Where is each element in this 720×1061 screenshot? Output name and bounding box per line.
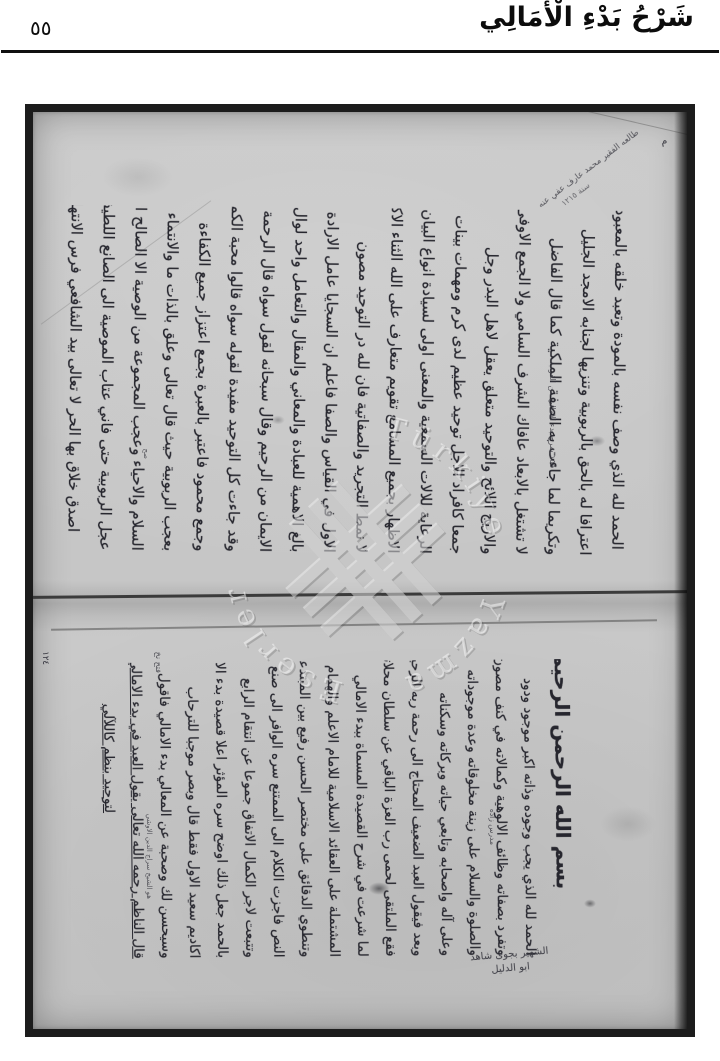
- book-edge-shadow: [674, 112, 687, 1029]
- manuscript-line: عجل الربوبية حتى فاني عتاب الموصية الى ا…: [89, 205, 125, 550]
- manuscript-line: وقد جاءت كل التوحيد مفيدة لقوله سواه قال…: [217, 207, 253, 552]
- manuscript-line: الاول في القياس والصفا فاعلم ان السجايا …: [313, 208, 349, 553]
- manuscript-line: الحمد لله الذي وصف نفسه بالمودة وتعبد خل…: [601, 211, 637, 556]
- manuscript-line: بالحمد جعل ذلك اوضح سره المؤثر اعلا قصيد…: [206, 662, 237, 962]
- paper-stain: [93, 152, 183, 202]
- header-rule: [1, 50, 719, 53]
- manuscript-line: بعجب الربوبية حيث قال تعالى وعلق بالذات …: [153, 206, 189, 551]
- manuscript-photo: الحمد لله الذي وصف نفسه بالمودة وتعبد خل…: [33, 112, 687, 1029]
- manuscript-line: اكاديم سعيد الاول فقط قال وبصر موجبا للت…: [178, 662, 209, 962]
- interlinear-gloss: مدرس زاده: [488, 765, 497, 845]
- manuscript-line: وبعد فيقول العبد الضعيف المحتاج الى رحمة…: [402, 660, 433, 960]
- manuscript-line: النص فاجزت الكلام الى الممتنع سره الوافر…: [262, 661, 293, 961]
- manuscript-line: فقع الملتقى لحمى رب العزة الباقي عن سلطا…: [374, 660, 405, 960]
- manuscript-line: والاريج اللائح والتوحيد متعلق يعقل لاهل …: [473, 209, 509, 554]
- manuscript-line: السلام والاحياء وعجب المجموعة من الوصية …: [121, 206, 157, 551]
- manuscript-bottom-page: بسم الله الرحمن الرحيمالحمد لله الذي يجب…: [95, 661, 585, 961]
- manuscript-line: وتنطوي الدقائق على مختصر الحسن رفيع بين …: [290, 661, 321, 961]
- manuscript-line: الاظهار بجميع المسامع تقويم متعارف على ا…: [377, 208, 413, 553]
- manuscript-line: لما شرعت في شرح القصيدة المسماة ببدء الا…: [346, 661, 377, 961]
- manuscript-photo-frame: الحمد لله الذي وصف نفسه بالمودة وتعبد خل…: [25, 104, 695, 1037]
- manuscript-line: جمعا كافراد الاجل توحيد عظيم لدى كرم ومه…: [441, 209, 477, 554]
- manuscript-line: وتتبعت لاجر الكمال الاتفاق جموعا عن انتق…: [234, 662, 265, 962]
- manuscript-line: لا نمط التجريد والصفاتية فان لله در التو…: [345, 208, 381, 553]
- manuscript-line: اعترافا له بالحق بالربوبية وتنزيها لجناب…: [569, 210, 605, 555]
- manuscript-line: وجمع محمود فاعتبر بالعبرة بجمع اعتزاز جم…: [185, 206, 221, 551]
- paper-crease: [563, 112, 687, 136]
- interlinear-gloss: صح: [142, 395, 150, 459]
- manuscript-line: اصدق خلاق بها الحر لا تعالى بيد الشافعي …: [57, 205, 93, 550]
- page-number: ٥٥: [30, 16, 51, 40]
- manuscript-line: بسم الله الرحمن الرحيم: [542, 659, 585, 959]
- interlinear-gloss: هو الشيخ سراج الدين الاوشي: [145, 827, 153, 899]
- manuscript-line: الايمان من الرحيم وقال سبحانه لقول سواه …: [249, 207, 285, 552]
- book-page: ٥٥ شَرْحُ بَدْءِ الْأَمَالِي الحمد لله ا…: [0, 0, 720, 1061]
- paper-stain: [593, 802, 663, 846]
- manuscript-line: وسيحسن لك وصحبة عن المعالي بدء الامالي ف…: [150, 662, 181, 962]
- manuscript-line: الرعاية للالات السمعية والمعنى اولى لسيا…: [409, 209, 445, 554]
- top-page-text-block: الحمد لله الذي وصف نفسه بالمودة وتعبد خل…: [52, 205, 647, 556]
- page-title: شَرْحُ بَدْءِ الْأَمَالِي: [479, 2, 694, 33]
- manuscript-line: والصلوة والسلام على زينة مخلوقاته وعدة م…: [458, 660, 489, 960]
- manuscript-line: قال الناظم رحمه الله تعالى يقول العبد في…: [122, 663, 153, 963]
- manuscript-line: لتوحيد بنظم كاللآلي: [94, 663, 125, 963]
- spine-folio-number: ١٢٤: [40, 631, 50, 665]
- manuscript-line: الحمد لله الذي يجب وجوده وذاته اكبر موجو…: [514, 659, 545, 959]
- manuscript-line: لا تشتغل بالابعاد عافاك الشرف السامي ولا…: [505, 210, 541, 555]
- folio-corner-mark: م: [660, 135, 668, 147]
- margin-note-vertical: ١٥٥ شرح بدء الامالي من الغرب: [548, 288, 557, 468]
- manuscript-line: بالغ الاهمية للعبادة والمعاني والمقال وا…: [281, 207, 317, 552]
- manuscript-line: المشتملة على العقائد الاسلامية للامام ال…: [318, 661, 349, 961]
- manuscript-line: وعلى آله واصحابه وتابعي حياته وبركاته وس…: [430, 660, 461, 960]
- bottom-page-text-block: بسم الله الرحمن الرحيمالحمد لله الذي يجب…: [94, 659, 587, 963]
